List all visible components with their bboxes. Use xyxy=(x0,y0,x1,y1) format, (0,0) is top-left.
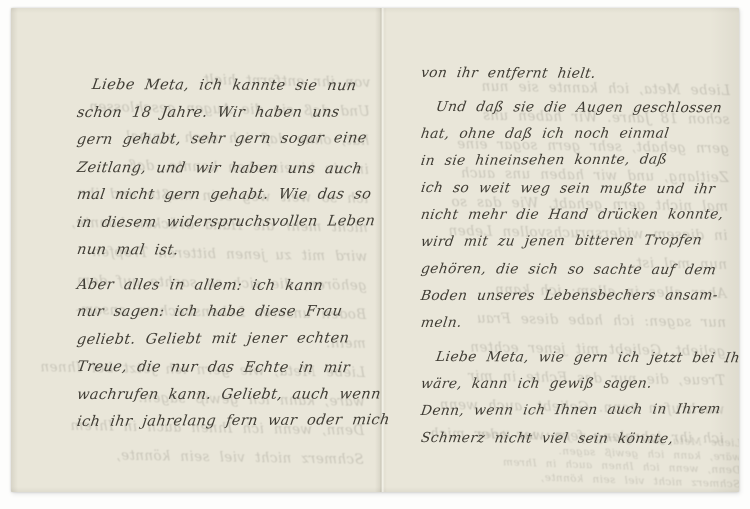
letter-page-right: von ihr entfernt hielt.Und daß sie die A… xyxy=(419,60,727,452)
show-through-line: Schmerz nicht viel sein könnte, xyxy=(23,440,363,475)
paragraph: Liebe Meta, wie gern ich jetzt bei Ihnen… xyxy=(419,344,727,452)
handwritten-line: Und daß sie die Augen geschlossen xyxy=(434,94,731,122)
handwritten-line: ich ihr jahrelang fern war oder mich xyxy=(75,407,381,436)
letter-sheet: von ihr entfernt hielt.Und daß sie die A… xyxy=(11,8,739,492)
paragraph: von ihr entfernt hielt. xyxy=(419,60,727,87)
paragraph: Aber alles in allem: ich kannnur sagen: … xyxy=(75,272,377,437)
handwritten-line: von ihr entfernt hielt. xyxy=(419,60,731,88)
handwritten-line: Denn, wenn ich Ihnen auch in Ihrem xyxy=(419,396,731,425)
handwritten-line: nicht mehr die Hand drücken konnte, xyxy=(419,201,731,229)
handwritten-line: Boden unseres Lebensbechers ansam- xyxy=(419,282,731,310)
show-through-line: Schmerz nicht viel sein könnte, xyxy=(650,475,739,492)
letter-scan: von ihr entfernt hielt.Und daß sie die A… xyxy=(0,0,750,509)
handwritten-line: schon 18 Jahre. Wir haben uns xyxy=(75,99,381,127)
handwritten-line: ich so weit weg sein mußte und ihr xyxy=(419,175,731,203)
handwritten-line: nur sagen: ich habe diese Frau xyxy=(75,298,381,326)
handwritten-line: wachrufen kann. Geliebt, auch wenn xyxy=(75,381,381,409)
handwritten-line: hat, ohne daß ich noch einmal xyxy=(419,120,731,148)
paragraph: Und daß sie die Augen geschlossenhat, oh… xyxy=(419,94,727,337)
handwritten-line: meln. xyxy=(419,308,731,337)
handwritten-line: geliebt. Geliebt mit jener echten xyxy=(75,325,381,354)
handwritten-line: nun mal ist. xyxy=(75,237,381,266)
handwritten-line: gehören, die sich so sachte auf dem xyxy=(419,256,731,284)
handwritten-line: mal nicht gern gehabt. Wie das so xyxy=(75,181,381,209)
handwritten-line: wäre, kann ich gewiß sagen. xyxy=(419,370,731,398)
handwritten-line: Treue, die nur das Echte in mir xyxy=(75,354,381,383)
handwritten-line: Aber alles in allem: ich kann xyxy=(75,272,381,301)
handwritten-line: Liebe Meta, wie gern ich jetzt bei Ihnen xyxy=(434,344,731,372)
letter-page-left: Liebe Meta, ich kannte sie nunschon 18 J… xyxy=(75,72,377,437)
handwritten-line: gern gehabt, sehr gern sogar eine xyxy=(75,125,381,154)
show-through-line: Denn, wenn ich Ihnen auch in Ihrem xyxy=(651,461,739,478)
handwritten-line: Zeitlang, und wir haben uns auch xyxy=(75,155,381,184)
handwritten-line: in sie hineinsehen konnte, daß xyxy=(419,146,731,175)
paragraph: Liebe Meta, ich kannte sie nunschon 18 J… xyxy=(75,72,377,265)
handwritten-line: Liebe Meta, ich kannte sie nun xyxy=(90,72,381,101)
handwritten-line: Schmerz nicht viel sein könnte, xyxy=(419,425,731,453)
handwritten-line: in diesem widerspruchsvollen Leben xyxy=(75,208,381,237)
handwritten-line: wird mit zu jenen bitteren Tropfen xyxy=(419,227,731,256)
